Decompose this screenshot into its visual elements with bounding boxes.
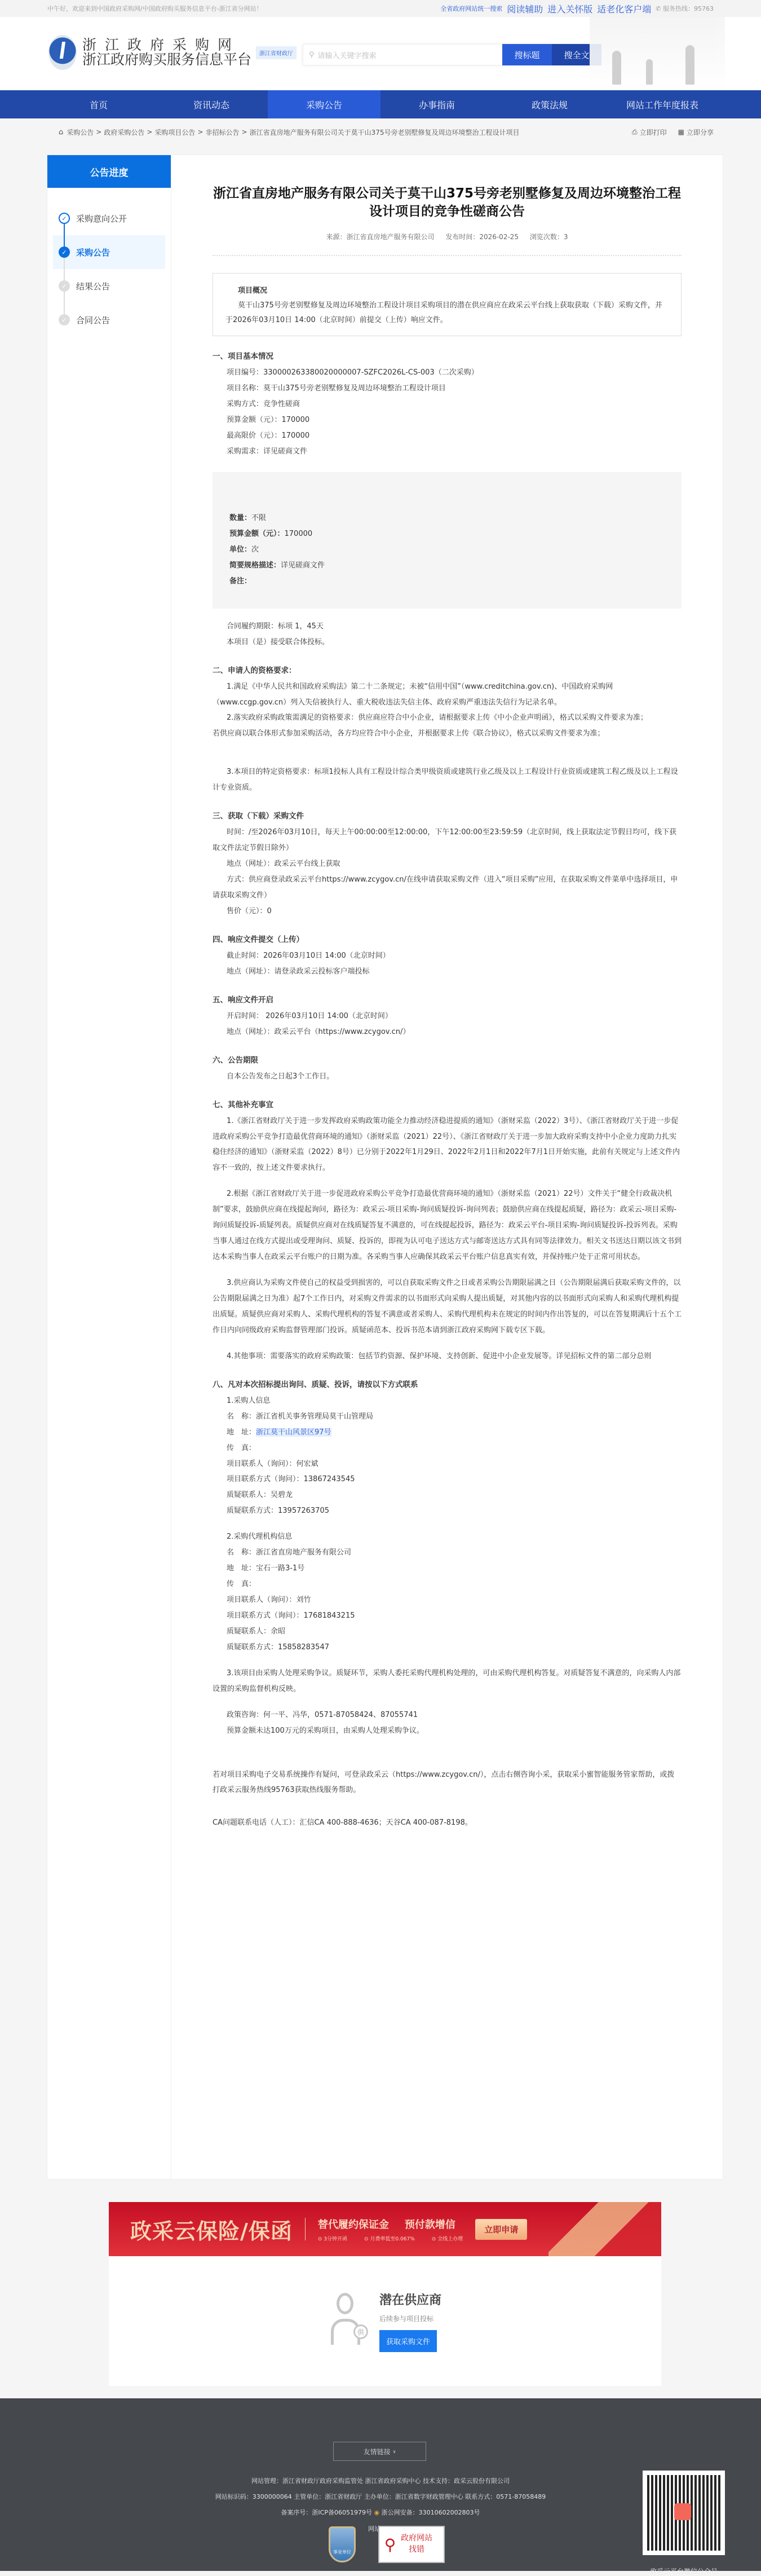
chevron-down-icon: ∨ xyxy=(393,2449,396,2454)
check-icon: ⊙ xyxy=(364,2236,370,2242)
search-bar: ⚲ 请输入关键字搜索 搜标题 搜全文 xyxy=(303,44,601,65)
breadcrumb-item[interactable]: 采购公告 xyxy=(67,127,94,137)
lot-details-box: 数量：不限 预算金额（元）：170000 单位：次 简要规格描述：详见磋商文件 … xyxy=(213,472,682,609)
nav-policy[interactable]: 政策法规 xyxy=(493,90,606,118)
care-mode-link[interactable]: 进入关怀版 xyxy=(547,2,592,15)
article-meta: 来源：浙江省直房地产服务有限公司 发布时间：2026-02-25 浏览次数：3 xyxy=(213,232,682,241)
section-heading: 三、获取（下载）采购文件 xyxy=(213,808,682,825)
breadcrumb-item[interactable]: 采购项目公告 xyxy=(154,127,195,137)
breadcrumb-item[interactable]: 政府采购公告 xyxy=(104,127,144,137)
magnifier-icon: ⚲ xyxy=(379,2530,401,2559)
reading-aid-link[interactable]: 阅读辅助 xyxy=(507,2,543,15)
share-button[interactable]: ▦立即分享 xyxy=(678,127,714,137)
logo-subtitle: 浙江政府购买服务信息平台 xyxy=(82,52,251,67)
address-link[interactable]: 浙江莫干山风景区97号 xyxy=(256,1428,331,1437)
overview-title: 项目概况 xyxy=(225,284,669,298)
check-circle-disabled-icon: ✓ xyxy=(59,280,70,292)
apply-now-button[interactable]: 立即申请 xyxy=(475,2219,527,2240)
breadcrumb-row: ⌂ 采购公告> 政府采购公告> 采购项目公告> 非招标公告> 浙江省直房地产服务… xyxy=(0,118,761,146)
section-heading: 五、响应文件开启 xyxy=(213,992,682,1009)
main-container: 公告进度 ✓ 采购意向公开 ✓ 采购公告 ✓ 结果公告 ✓ 合同公告 浙江省直房… xyxy=(47,155,723,2179)
icp-link[interactable]: 备案序号：浙ICP备06051979号 xyxy=(281,2509,372,2516)
section-heading: 六、公告期限 xyxy=(213,1053,682,1069)
section-heading: 四、响应文件提交（上传） xyxy=(213,932,682,948)
friend-links-dropdown[interactable]: 友情链接 ∨ xyxy=(333,2442,426,2461)
nav-annual-report[interactable]: 网站工作年度报表 xyxy=(606,90,719,118)
divider xyxy=(305,2218,306,2240)
site-logo[interactable]: 浙江政府采购网 浙江政府购买服务信息平台 浙江省财政厅 xyxy=(48,35,297,70)
institution-badge[interactable]: 事业单位 xyxy=(329,2526,356,2562)
insurance-banner[interactable]: 政采云保险/保函 替代履约保证金 预付款增信 ⊙ 3分钟开函 ⊙ 月费率低至0.… xyxy=(109,2202,661,2256)
section-heading: 一、项目基本情况 xyxy=(213,349,682,365)
finance-dept-tag: 浙江省财政厅 xyxy=(256,46,297,59)
hotline: ✆ 服务热线：95763 xyxy=(656,4,714,13)
ca-contact: CA问题联系电话（人工）：汇信CA 400-888-4636；天谷CA 400-… xyxy=(213,1815,682,1831)
supplier-title: 潜在供应商 xyxy=(379,2291,441,2308)
check-circle-filled-icon: ✓ xyxy=(59,246,70,258)
check-circle-disabled-icon: ✓ xyxy=(59,314,70,325)
phone-icon: ✆ xyxy=(656,5,663,12)
welcome-text: 中午好，欢迎来到中国政府采购网/中国政府购买服务信息平台-浙江省分网站！ xyxy=(47,4,263,13)
print-button[interactable]: ⎙立即打印 xyxy=(632,127,667,137)
police-record-link[interactable]: 浙公网安备：33010602002803号 xyxy=(382,2509,480,2516)
nav-news[interactable]: 资讯动态 xyxy=(155,90,268,118)
gov-site-error-report-badge[interactable]: ⚲ 政府网站 找错 xyxy=(378,2526,445,2563)
section-heading: 八、凡对本次招标提出询问、质疑、投诉，请按以下方式联系 xyxy=(213,1377,682,1393)
check-icon: ⊙ xyxy=(318,2236,324,2242)
qr-code-icon: ▦ xyxy=(678,128,684,136)
site-header: 浙江政府采购网 浙江政府购买服务信息平台 浙江省财政厅 ⚲ 请输入关键字搜索 搜… xyxy=(0,17,761,90)
mountain-decoration xyxy=(590,17,725,90)
elderly-client-link[interactable]: 适老化客户端 xyxy=(597,2,651,15)
article: 浙江省直房地产服务有限公司关于莫干山375号旁老别墅修复及周边环境整治工程设计项… xyxy=(171,155,723,2179)
breadcrumb-current: 浙江省直房地产服务有限公司关于莫干山375号旁老别墅修复及周边环境整治工程设计项… xyxy=(250,127,520,137)
site-footer: 友情链接 ∨ 网站管理：浙江省财政厅政府采购监管处 浙江省政府采购中心 技术支持… xyxy=(0,2398,761,2571)
search-title-button[interactable]: 搜标题 xyxy=(502,44,552,65)
check-circle-icon: ✓ xyxy=(59,213,70,224)
view-count: 浏览次数：3 xyxy=(530,233,568,241)
publish-time: 发布时间：2026-02-25 xyxy=(445,233,519,241)
breadcrumb: ⌂ 采购公告> 政府采购公告> 采购项目公告> 非招标公告> 浙江省直房地产服务… xyxy=(59,127,520,137)
banner-headline: 政采云保险/保函 xyxy=(130,2214,293,2245)
divider xyxy=(213,255,682,256)
help-text: 若对项目采购电子交易系统操作有疑问，可登录政采云（https://www.zcy… xyxy=(213,1767,682,1799)
nav-procurement-notices[interactable]: 采购公告 xyxy=(268,90,380,118)
logo-title: 浙江政府采购网 xyxy=(82,38,251,52)
police-badge-icon: ◉ xyxy=(374,2509,381,2516)
project-overview: 项目概况 莫干山375号旁老别墅修复及周边环境整治工程设计项目采购项目的潜在供应… xyxy=(213,273,682,336)
check-icon: ⊙ xyxy=(432,2236,437,2242)
supplier-user-icon: 供 xyxy=(329,2293,362,2349)
banner-illustration xyxy=(548,2202,661,2256)
supplier-subtitle: 后续参与项目投标 xyxy=(379,2314,441,2323)
printer-icon: ⎙ xyxy=(632,128,638,136)
get-procurement-docs-button[interactable]: 获取采购文件 xyxy=(379,2330,437,2352)
nav-home[interactable]: 首页 xyxy=(42,90,155,118)
step-intent-disclosure[interactable]: ✓ 采购意向公开 xyxy=(53,201,165,235)
step-procurement-notice[interactable]: ✓ 采购公告 xyxy=(53,235,165,269)
breadcrumb-item[interactable]: 非招标公告 xyxy=(206,127,240,137)
sidebar-title: 公告进度 xyxy=(47,155,171,188)
top-bar: 中午好，欢迎来到中国政府采购网/中国政府购买服务信息平台-浙江省分网站！ 全省政… xyxy=(0,0,761,17)
home-icon: ⌂ xyxy=(59,128,63,136)
search-all-sites-link[interactable]: 全省政府网站统一搜索 xyxy=(440,4,502,13)
wechat-qr-code xyxy=(643,2471,725,2555)
step-contract-notice[interactable]: ✓ 合同公告 xyxy=(53,303,165,337)
nav-guide[interactable]: 办事指南 xyxy=(380,90,493,118)
emblem-icon xyxy=(48,35,77,70)
search-icon: ⚲ xyxy=(309,51,315,59)
section-heading: 七、其他补充事宜 xyxy=(213,1097,682,1113)
progress-sidebar: 公告进度 ✓ 采购意向公开 ✓ 采购公告 ✓ 结果公告 ✓ 合同公告 xyxy=(47,155,171,2179)
article-body: 一、项目基本情况 项目编号：330000263380020000007-SZFC… xyxy=(213,349,682,1831)
source: 来源：浙江省直房地产服务有限公司 xyxy=(326,233,434,241)
potential-supplier-card: 供 潜在供应商 后续参与项目投标 获取采购文件 xyxy=(109,2256,661,2386)
search-input[interactable]: ⚲ 请输入关键字搜索 xyxy=(303,44,502,65)
page-title: 浙江省直房地产服务有限公司关于莫干山375号旁老别墅修复及周边环境整治工程设计项… xyxy=(213,184,682,221)
step-result-notice[interactable]: ✓ 结果公告 xyxy=(53,269,165,303)
section-heading: 二、申请人的资格要求： xyxy=(213,663,682,679)
qr-label: 政采云平台微信公众号 xyxy=(643,2566,725,2576)
main-nav: 首页 资讯动态 采购公告 办事指南 政策法规 网站工作年度报表 xyxy=(0,90,761,118)
overview-body: 莫干山375号旁老别墅修复及周边环境整治工程设计项目采购项目的潜在供应商应在政采… xyxy=(225,298,669,328)
